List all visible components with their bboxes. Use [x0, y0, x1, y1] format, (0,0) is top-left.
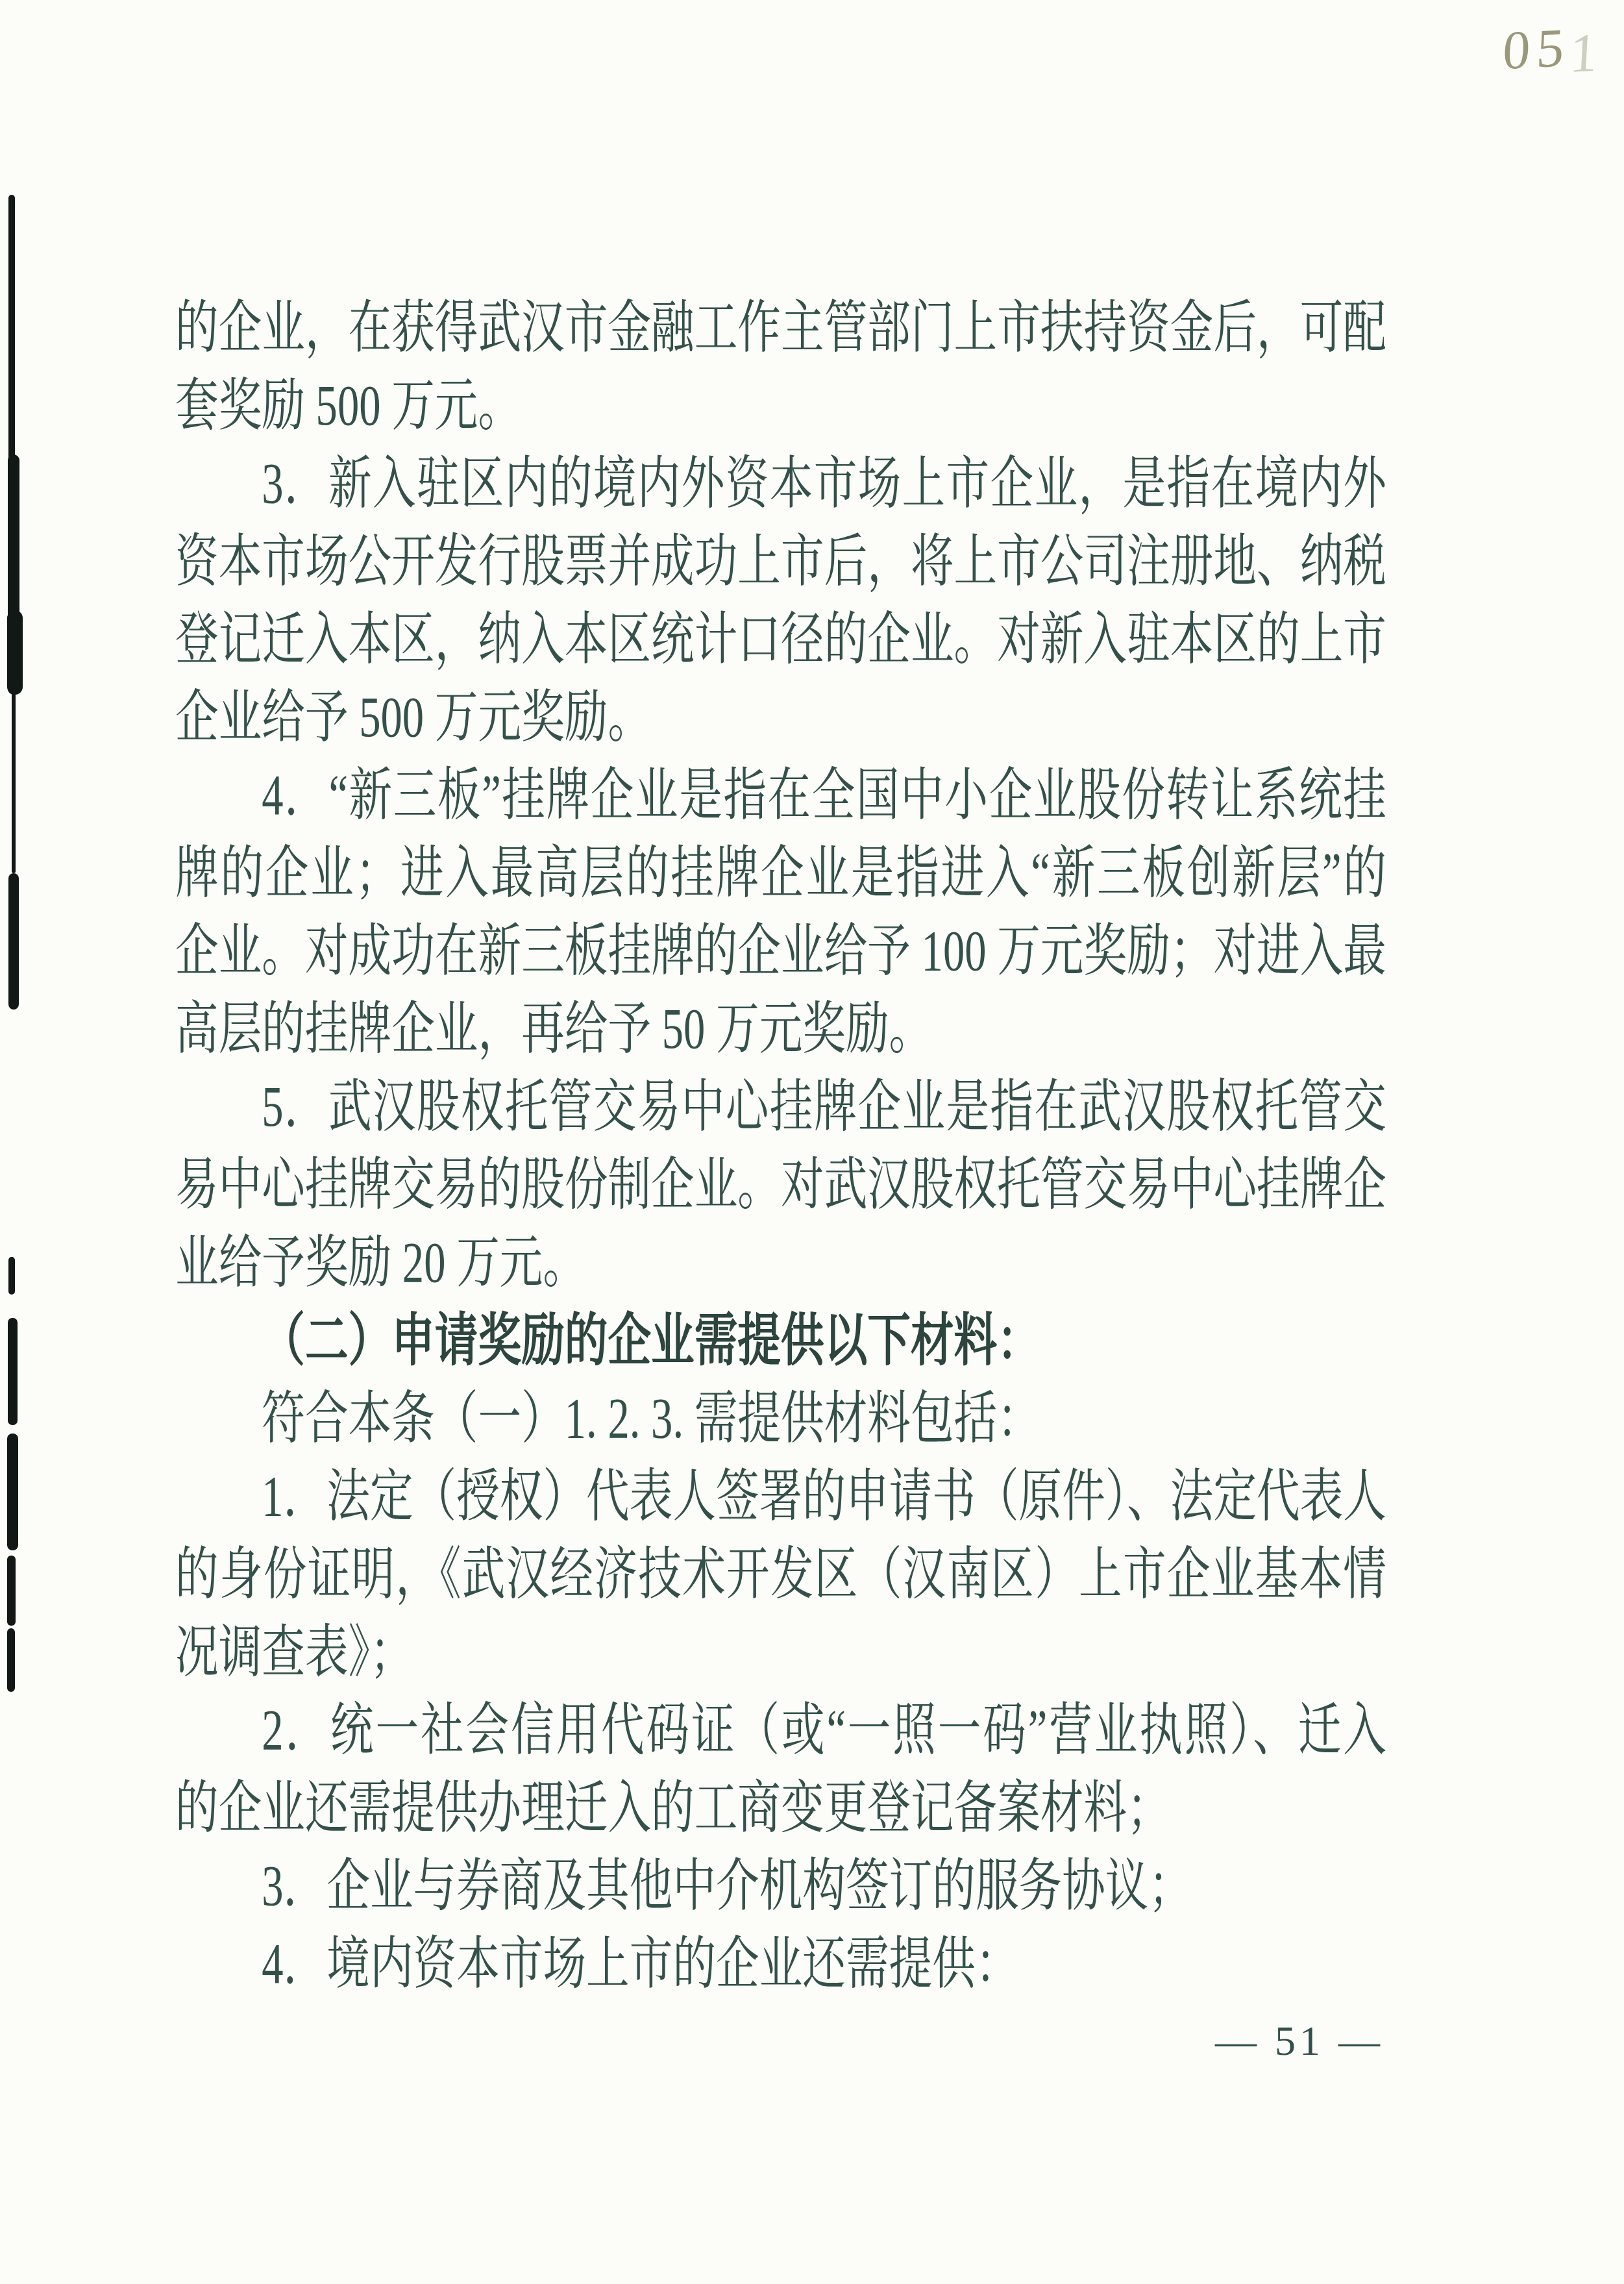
ink-stamp-main-digits: 05: [1501, 18, 1572, 82]
body-line-7: 4．“新三板”挂牌企业是指在全国中小企业股份转让系统挂: [175, 757, 1386, 835]
body-line-22: 4．境内资本市场上市的企业还需提供：: [175, 1926, 1386, 2004]
scan-artifact: [8, 195, 15, 467]
body-line-14-section-heading: （二）申请奖励的企业需提供以下材料：: [175, 1302, 1386, 1380]
body-line-3: 3．新入驻区内的境内外资本市场上市企业，是指在境内外: [175, 445, 1386, 523]
scan-artifact: [7, 610, 23, 695]
body-text: 的企业，在获得武汉市金融工作主管部门上市扶持资金后，可配 套奖励 500 万元。…: [175, 290, 1386, 2004]
body-line-10: 高层的挂牌企业，再给予 50 万元奖励。: [175, 991, 1386, 1069]
body-line-8: 牌的企业；进入最高层的挂牌企业是指进入“新三板创新层”的: [175, 835, 1386, 913]
body-line-15: 符合本条（一）1. 2. 3. 需提供材料包括：: [175, 1380, 1386, 1458]
scan-artifact: [8, 873, 19, 1010]
body-line-1: 的企业，在获得武汉市金融工作主管部门上市扶持资金后，可配: [175, 290, 1386, 367]
page-number: — 51 —: [1215, 2015, 1384, 2067]
body-line-6: 企业给予 500 万元奖励。: [175, 679, 1386, 757]
body-line-9: 企业。对成功在新三板挂牌的企业给予 100 万元奖励；对进入最: [175, 913, 1386, 991]
body-line-18: 况调查表》；: [175, 1614, 1386, 1692]
body-line-11: 5．武汉股权托管交易中心挂牌企业是指在武汉股权托管交: [175, 1069, 1386, 1147]
scan-artifact: [7, 1434, 18, 1550]
body-line-13: 业给予奖励 20 万元。: [175, 1224, 1386, 1302]
scan-artifact: [7, 1628, 15, 1692]
body-line-12: 易中心挂牌交易的股份制企业。对武汉股权托管交易中心挂牌企: [175, 1147, 1386, 1224]
body-line-5: 登记迁入本区，纳入本区统计口径的企业。对新入驻本区的上市: [175, 601, 1386, 679]
scan-artifact: [8, 1257, 15, 1295]
scan-artifact: [7, 1556, 16, 1626]
scan-artifact: [8, 1318, 18, 1425]
body-line-20: 的企业还需提供办理迁入的工商变更登记备案材料；: [175, 1770, 1386, 1848]
body-line-19: 2．统一社会信用代码证（或“一照一码”营业执照）、迁入: [175, 1692, 1386, 1770]
scan-artifact: [12, 688, 16, 873]
body-line-21: 3．企业与券商及其他中介机构签订的服务协议；: [175, 1848, 1386, 1926]
body-line-16: 1．法定（授权）代表人签署的申请书（原件）、法定代表人: [175, 1458, 1386, 1536]
ink-stamp-page-number: 051: [1501, 14, 1606, 83]
body-line-17: 的身份证明，《武汉经济技术开发区（汉南区）上市企业基本情: [175, 1536, 1386, 1614]
ink-stamp-faint-digit: 1: [1568, 21, 1605, 86]
scanned-document-page: 051 的企业，在获得武汉市金融工作主管部门上市扶持资金后，可配 套奖励 500…: [0, 0, 1624, 2284]
body-line-2: 套奖励 500 万元。: [175, 367, 1386, 445]
body-line-4: 资本市场公开发行股票并成功上市后，将上市公司注册地、纳税: [175, 523, 1386, 601]
